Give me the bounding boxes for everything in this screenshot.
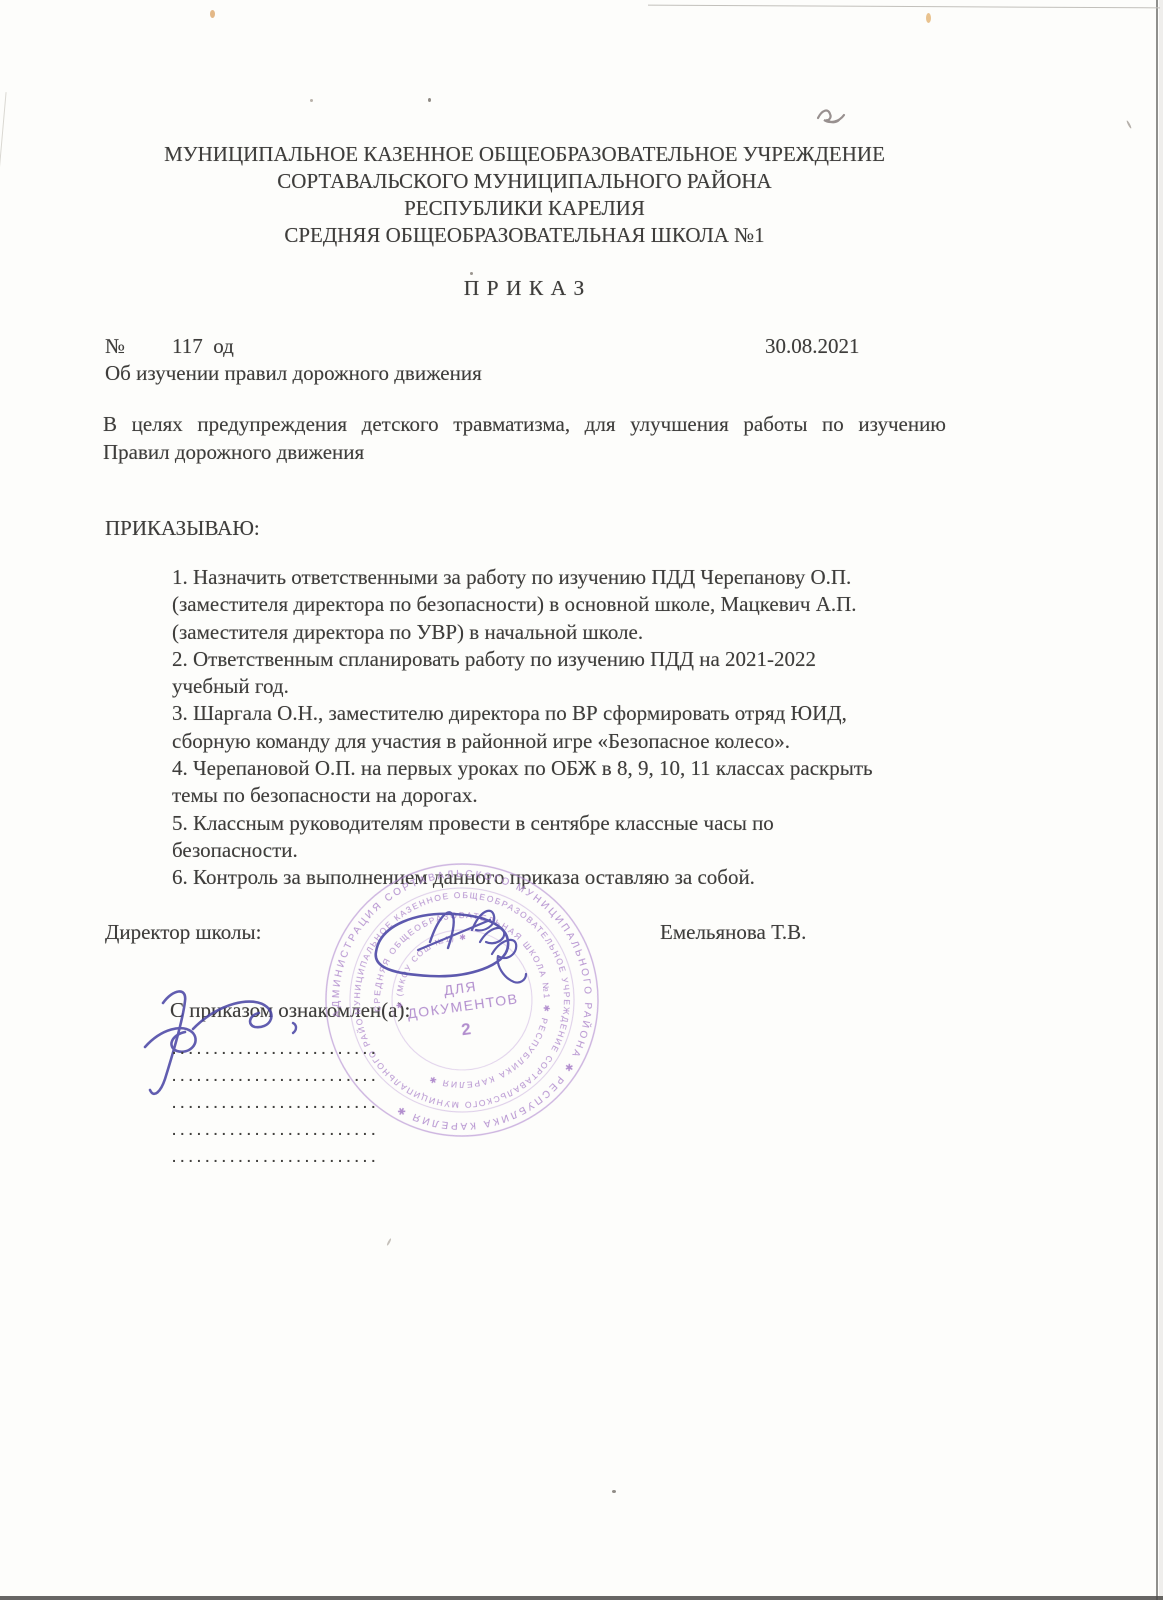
scan-left-edge-line	[0, 92, 7, 174]
scanned-school-order-document: МУНИЦИПАЛЬНОЕ КАЗЕННОЕ ОБЩЕОБРАЗОВАТЕЛЬН…	[0, 0, 1163, 1600]
scan-speck	[428, 98, 431, 102]
org-header-block: МУНИЦИПАЛЬНОЕ КАЗЕННОЕ ОБЩЕОБРАЗОВАТЕЛЬН…	[103, 141, 946, 249]
scan-speck	[1126, 120, 1132, 129]
order-item-line: 3. Шаргала О.Н., заместителю директора п…	[172, 700, 962, 727]
order-item-line: учебный год.	[172, 673, 962, 700]
order-preamble: В целях предупреждения детского травмати…	[103, 411, 946, 466]
preamble-line: В целях предупреждения детского травмати…	[103, 411, 946, 439]
order-item-line: темы по безопасности на дорогах.	[172, 782, 962, 809]
stamp-center-number: 2	[460, 1019, 472, 1039]
order-item-line: сборную команду для участия в районной и…	[172, 728, 962, 755]
org-header-line: МУНИЦИПАЛЬНОЕ КАЗЕННОЕ ОБЩЕОБРАЗОВАТЕЛЬН…	[103, 141, 946, 168]
order-subject: Об изучении правил дорожного движения	[105, 360, 482, 387]
ink-smudge	[815, 105, 849, 127]
signature-dotted-line: .........................	[170, 1098, 400, 1114]
document-title: П Р И К А З	[103, 276, 946, 301]
scan-speck	[310, 99, 313, 102]
scan-bottom-edge-line	[0, 1596, 1163, 1600]
signature-dotted-line: .........................	[170, 1071, 400, 1087]
order-number-value: 117 од	[172, 333, 234, 360]
signature-dotted-line: .........................	[170, 1152, 400, 1168]
preamble-line: Правил дорожного движения	[103, 439, 946, 467]
director-name: Емельянова Т.В.	[660, 919, 806, 946]
order-item-line: 2. Ответственным спланировать работу по …	[172, 646, 962, 673]
org-header-line: СОРТАВАЛЬСКОГО МУНИЦИПАЛЬНОГО РАЙОНА	[103, 168, 946, 195]
order-item-line: (заместителя директора по УВР) в начальн…	[172, 619, 962, 646]
order-item-line: (заместителя директора по безопасности) …	[172, 591, 962, 618]
order-date: 30.08.2021	[765, 333, 860, 360]
scan-speck	[612, 1490, 616, 1493]
scan-speck	[210, 10, 215, 18]
signature-dotted-line: .........................	[170, 1125, 400, 1141]
director-label: Директор школы:	[105, 919, 261, 946]
order-word: ПРИКАЗЫВАЮ:	[105, 515, 260, 542]
scan-speck	[470, 272, 473, 275]
scan-speck	[386, 1238, 392, 1246]
scan-right-edge-margin	[1159, 0, 1163, 1600]
director-signature	[368, 884, 538, 999]
scan-right-edge-line	[1156, 0, 1158, 1600]
signature-dotted-line: .........................	[170, 1044, 400, 1060]
order-item-line: 4. Черепановой О.П. на первых уроках по …	[172, 755, 962, 782]
org-header-line: РЕСПУБЛИКИ КАРЕЛИЯ	[103, 195, 946, 222]
order-number-label: №	[105, 333, 125, 360]
scan-top-edge-line	[648, 5, 1160, 9]
order-item-line: 1. Назначить ответственными за работу по…	[172, 564, 962, 591]
scan-speck	[926, 13, 931, 23]
org-header-line: СРЕДНЯЯ ОБЩЕОБРАЗОВАТЕЛЬНАЯ ШКОЛА №1	[103, 222, 946, 249]
order-item-line: 5. Классным руководителям провести в сен…	[172, 810, 962, 837]
